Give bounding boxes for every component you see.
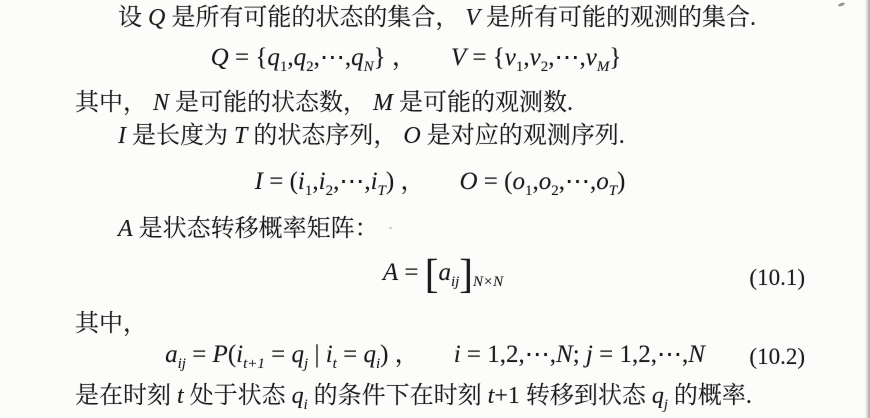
text-run: N×N: [473, 274, 503, 290]
text-run: v: [586, 44, 597, 71]
text-run: O: [459, 168, 477, 195]
text-run: 其中，: [75, 90, 153, 116]
equation-number-10-2: (10.2): [749, 342, 805, 372]
text-run: i: [298, 168, 305, 195]
text-run: P: [213, 341, 228, 368]
text-run: 的条件下在时刻: [308, 383, 488, 409]
text-run: = (: [478, 168, 513, 195]
text-run: V: [465, 5, 480, 31]
equation-number-10-1: (10.1): [749, 263, 805, 293]
text-run: = (: [263, 168, 298, 195]
text-run: o: [539, 168, 552, 195]
text-run: q: [363, 341, 376, 368]
text-run: 是可能的观测数.: [393, 90, 573, 116]
text-run: 是可能的状态数，: [169, 90, 373, 116]
formula-transition-matrix: A = [aij]N×N: [383, 259, 503, 286]
text-run: t: [177, 383, 184, 409]
formula-transition-probability-row: aij = P(it+1 = qj | it = qi) ，i = 1,2,⋯,…: [0, 340, 870, 370]
text-run: [: [425, 250, 439, 296]
text-run: ) ，: [386, 168, 426, 195]
text-run: M: [597, 59, 610, 75]
text-run: 设: [118, 5, 148, 31]
paragraph-counts: 其中， N 是可能的状态数， M 是可能的观测数.: [75, 88, 573, 118]
text-run: a: [438, 259, 451, 286]
text-run: N: [364, 59, 374, 75]
text-run: 的概率.: [668, 383, 752, 409]
text-run: =: [337, 341, 364, 368]
text-run: ,⋯,: [548, 44, 586, 71]
text-run: = {: [466, 44, 505, 71]
text-run: a: [165, 341, 178, 368]
text-run: i: [326, 341, 333, 368]
text-run: i: [319, 168, 326, 195]
text-run: v: [530, 44, 541, 71]
paragraph-transition-matrix-intro: A 是状态转移概率矩阵：: [118, 214, 379, 244]
text-run: q: [351, 44, 364, 71]
text-run: 是状态转移概率矩阵：: [133, 216, 379, 242]
text-run: 2: [551, 183, 559, 199]
text-run: } ，: [374, 44, 417, 71]
intro-paragraph: 设 Q 是所有可能的状态的集合， V 是所有可能的观测的集合.: [118, 3, 756, 33]
formula-transition-matrix-row: A = [aij]N×N (10.1): [0, 258, 870, 288]
text-run: q: [292, 341, 305, 368]
text-run: N: [556, 341, 573, 368]
scanned-textbook-page: 设 Q 是所有可能的状态的集合， V 是所有可能的观测的集合. Q = {q1,…: [0, 0, 870, 418]
text-run: = 1,2,⋯,: [593, 341, 688, 368]
formula-sequences: I = (i1,i2,⋯,iT) ，O = (o1,o2,⋯,oT): [0, 167, 870, 197]
text-run: q: [292, 383, 304, 409]
text-run: ;: [573, 341, 586, 368]
text-run: o: [596, 168, 609, 195]
text-run: 是在时刻: [75, 383, 177, 409]
text-run: ): [617, 168, 625, 195]
paragraph-where: 其中，: [75, 309, 147, 339]
formula-transition-probability: aij = P(it+1 = qj | it = qi) ，i = 1,2,⋯,…: [165, 341, 705, 368]
text-run: +1 转移到状态: [494, 383, 652, 409]
text-run: 其中，: [75, 311, 147, 337]
scan-artifact: [838, 2, 846, 7]
text-run: 是所有可能的观测的集合.: [480, 5, 756, 31]
text-run: =: [265, 341, 292, 368]
text-run: 是长度为: [126, 123, 234, 149]
text-run: }: [609, 44, 621, 71]
text-run: = {: [229, 44, 268, 71]
text-run: O: [403, 123, 420, 149]
paragraph-sequences: I 是长度为 T 的状态序列， O 是对应的观测序列.: [118, 121, 625, 151]
scan-edge-shadow: [865, 0, 870, 418]
text-run: M: [373, 90, 393, 116]
text-run: I: [255, 168, 263, 195]
text-run: ,⋯,: [314, 44, 352, 71]
text-run: T: [609, 183, 617, 199]
text-run: A: [118, 216, 133, 242]
text-run: o: [512, 168, 525, 195]
text-run: N: [153, 90, 169, 116]
text-run: 是对应的观测序列.: [421, 123, 625, 149]
text-run: (: [228, 341, 236, 368]
text-run: = 1,2,⋯,: [461, 341, 556, 368]
text-run: =: [186, 341, 213, 368]
text-run: 的状态序列，: [247, 123, 403, 149]
text-run: ,⋯,: [559, 168, 597, 195]
text-run: Q: [211, 44, 229, 71]
text-run: T: [378, 183, 386, 199]
text-run: ij: [178, 356, 186, 372]
text-run: t+1: [243, 356, 265, 372]
text-run: 2: [306, 59, 314, 75]
text-run: v: [505, 44, 516, 71]
text-run: N: [688, 341, 705, 368]
text-run: |: [308, 341, 326, 368]
text-run: I: [118, 123, 126, 149]
text-run: V: [451, 44, 466, 71]
text-run: i: [454, 341, 461, 368]
scan-artifact: [389, 227, 392, 229]
paragraph-probability-description: 是在时刻 t 处于状态 qi 的条件下在时刻 t+1 转移到状态 qj 的概率.: [75, 381, 752, 411]
formula-state-observation-sets: Q = {q1,q2,⋯,qN} ，V = {v1,v2,⋯,vM}: [0, 43, 832, 73]
text-run: A: [383, 259, 398, 286]
text-run: Q: [148, 5, 165, 31]
text-run: q: [652, 383, 664, 409]
text-run: ) ，: [380, 341, 420, 368]
text-run: j: [586, 341, 593, 368]
text-run: 2: [326, 183, 334, 199]
text-run: 是所有可能的状态的集合，: [165, 5, 465, 31]
text-run: q: [267, 44, 280, 71]
text-run: q: [294, 44, 307, 71]
text-run: ,⋯,: [333, 168, 371, 195]
text-run: i: [371, 168, 378, 195]
text-run: 处于状态: [184, 383, 292, 409]
text-run: =: [398, 259, 425, 286]
text-run: ]: [459, 250, 473, 296]
text-run: T: [234, 123, 247, 149]
